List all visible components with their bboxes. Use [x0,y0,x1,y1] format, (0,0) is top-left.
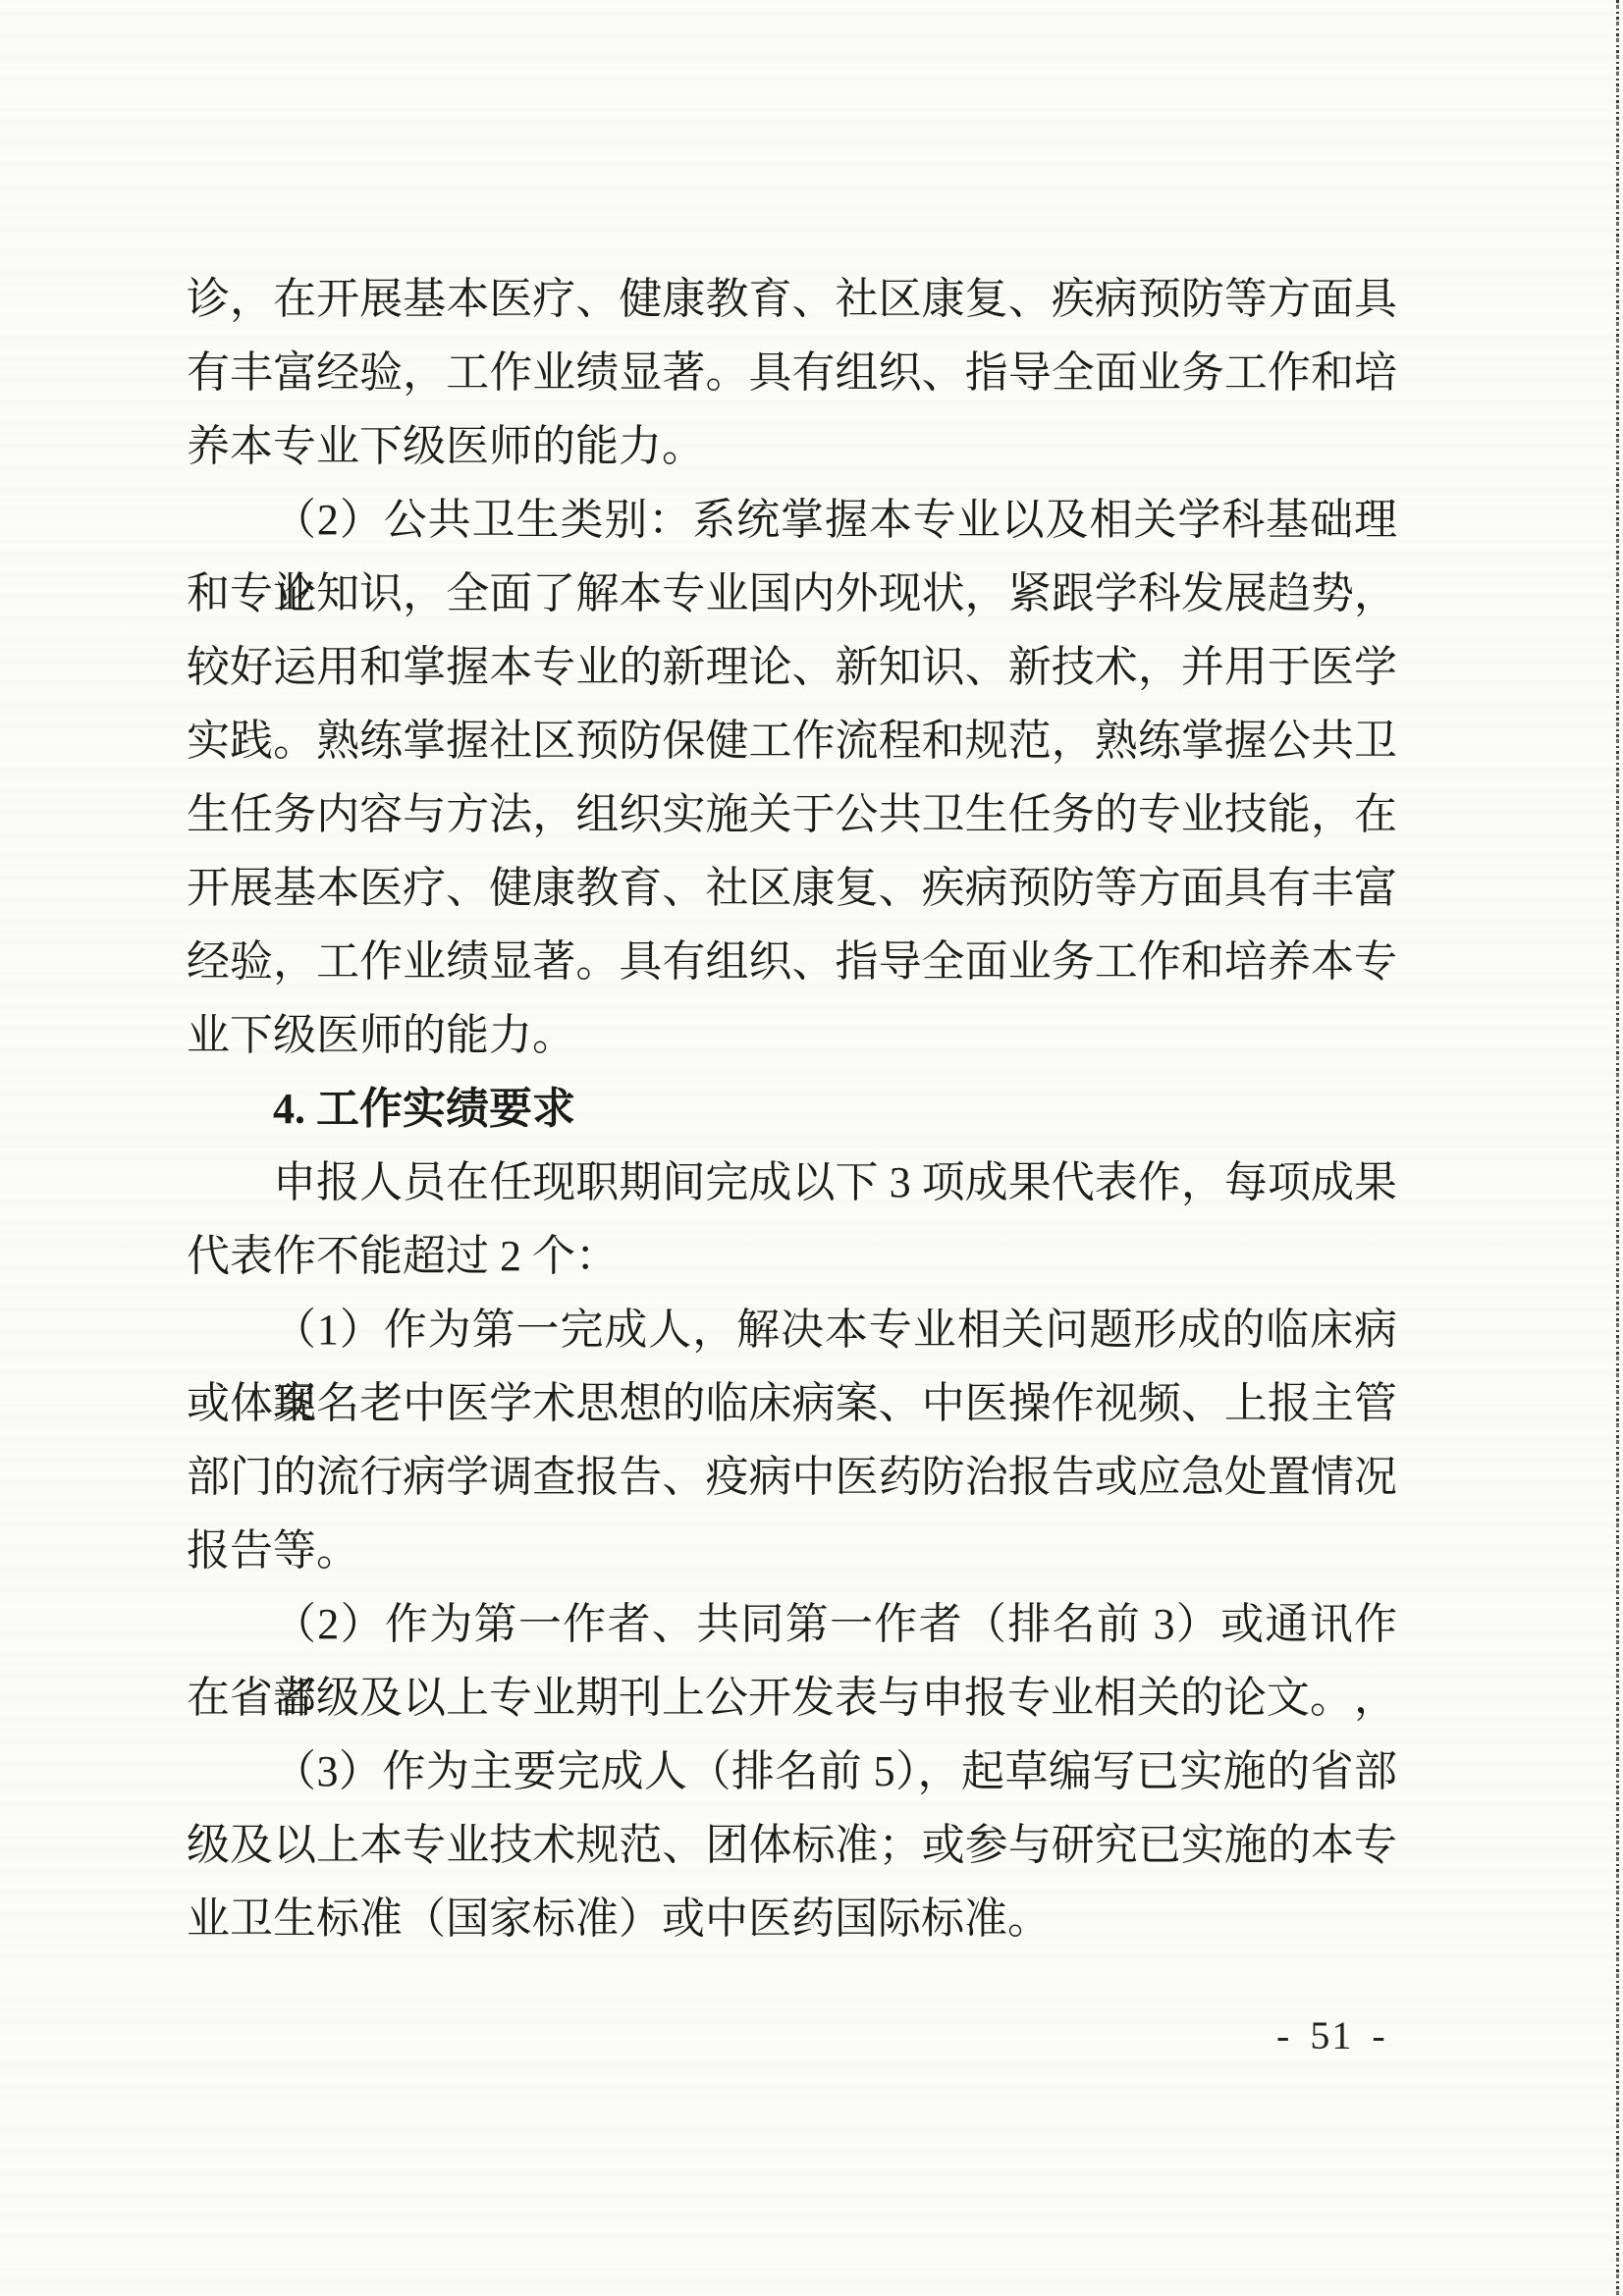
page-number: - 51 - [1276,2016,1387,2056]
text-line: 在省部级及以上专业期刊上公开发表与申报专业相关的论文。 [187,1661,1397,1735]
scan-edge-artifact [1614,0,1620,2296]
document-page: 诊，在开展基本医疗、健康教育、社区康复、疾病预防等方面具有丰富经验，工作业绩显著… [0,0,1623,2296]
text-line: 申报人员在任现职期间完成以下 3 项成果代表作，每项成果 [187,1146,1397,1219]
text-line: 部门的流行病学调查报告、疫病中医药防治报告或应急处置情况 [187,1440,1397,1514]
text-line: 业卫生标准（国家标准）或中医药国际标准。 [187,1882,1397,1955]
text-line: 经验，工作业绩显著。具有组织、指导全面业务工作和培养本专 [187,925,1397,998]
text-line: （2）作为第一作者、共同第一作者（排名前 3）或通讯作者， [187,1587,1397,1661]
text-line: 较好运用和掌握本专业的新理论、新知识、新技术，并用于医学 [187,630,1397,704]
section-heading: 4. 工作实绩要求 [187,1072,1397,1146]
text-line: （3）作为主要完成人（排名前 5），起草编写已实施的省部 [187,1735,1397,1808]
text-line: （2）公共卫生类别：系统掌握本专业以及相关学科基础理论 [187,483,1397,557]
text-line: （1）作为第一完成人，解决本专业相关问题形成的临床病案 [187,1293,1397,1366]
text-line: 或体现名老中医学术思想的临床病案、中医操作视频、上报主管 [187,1366,1397,1440]
text-line: 业下级医师的能力。 [187,998,1397,1072]
text-line: 报告等。 [187,1514,1397,1587]
text-line: 诊，在开展基本医疗、健康教育、社区康复、疾病预防等方面具 [187,262,1397,336]
text-line: 和专业知识，全面了解本专业国内外现状，紧跟学科发展趋势， [187,557,1397,630]
text-line: 有丰富经验，工作业绩显著。具有组织、指导全面业务工作和培 [187,336,1397,409]
text-line: 级及以上本专业技术规范、团体标准；或参与研究已实施的本专 [187,1808,1397,1882]
text-line: 养本专业下级医师的能力。 [187,409,1397,483]
text-line: 实践。熟练掌握社区预防保健工作流程和规范，熟练掌握公共卫 [187,704,1397,777]
document-body: 诊，在开展基本医疗、健康教育、社区康复、疾病预防等方面具有丰富经验，工作业绩显著… [187,262,1397,1955]
text-line: 代表作不能超过 2 个： [187,1219,1397,1293]
text-line: 开展基本医疗、健康教育、社区康复、疾病预防等方面具有丰富 [187,851,1397,925]
text-line: 生任务内容与方法，组织实施关于公共卫生任务的专业技能，在 [187,777,1397,851]
